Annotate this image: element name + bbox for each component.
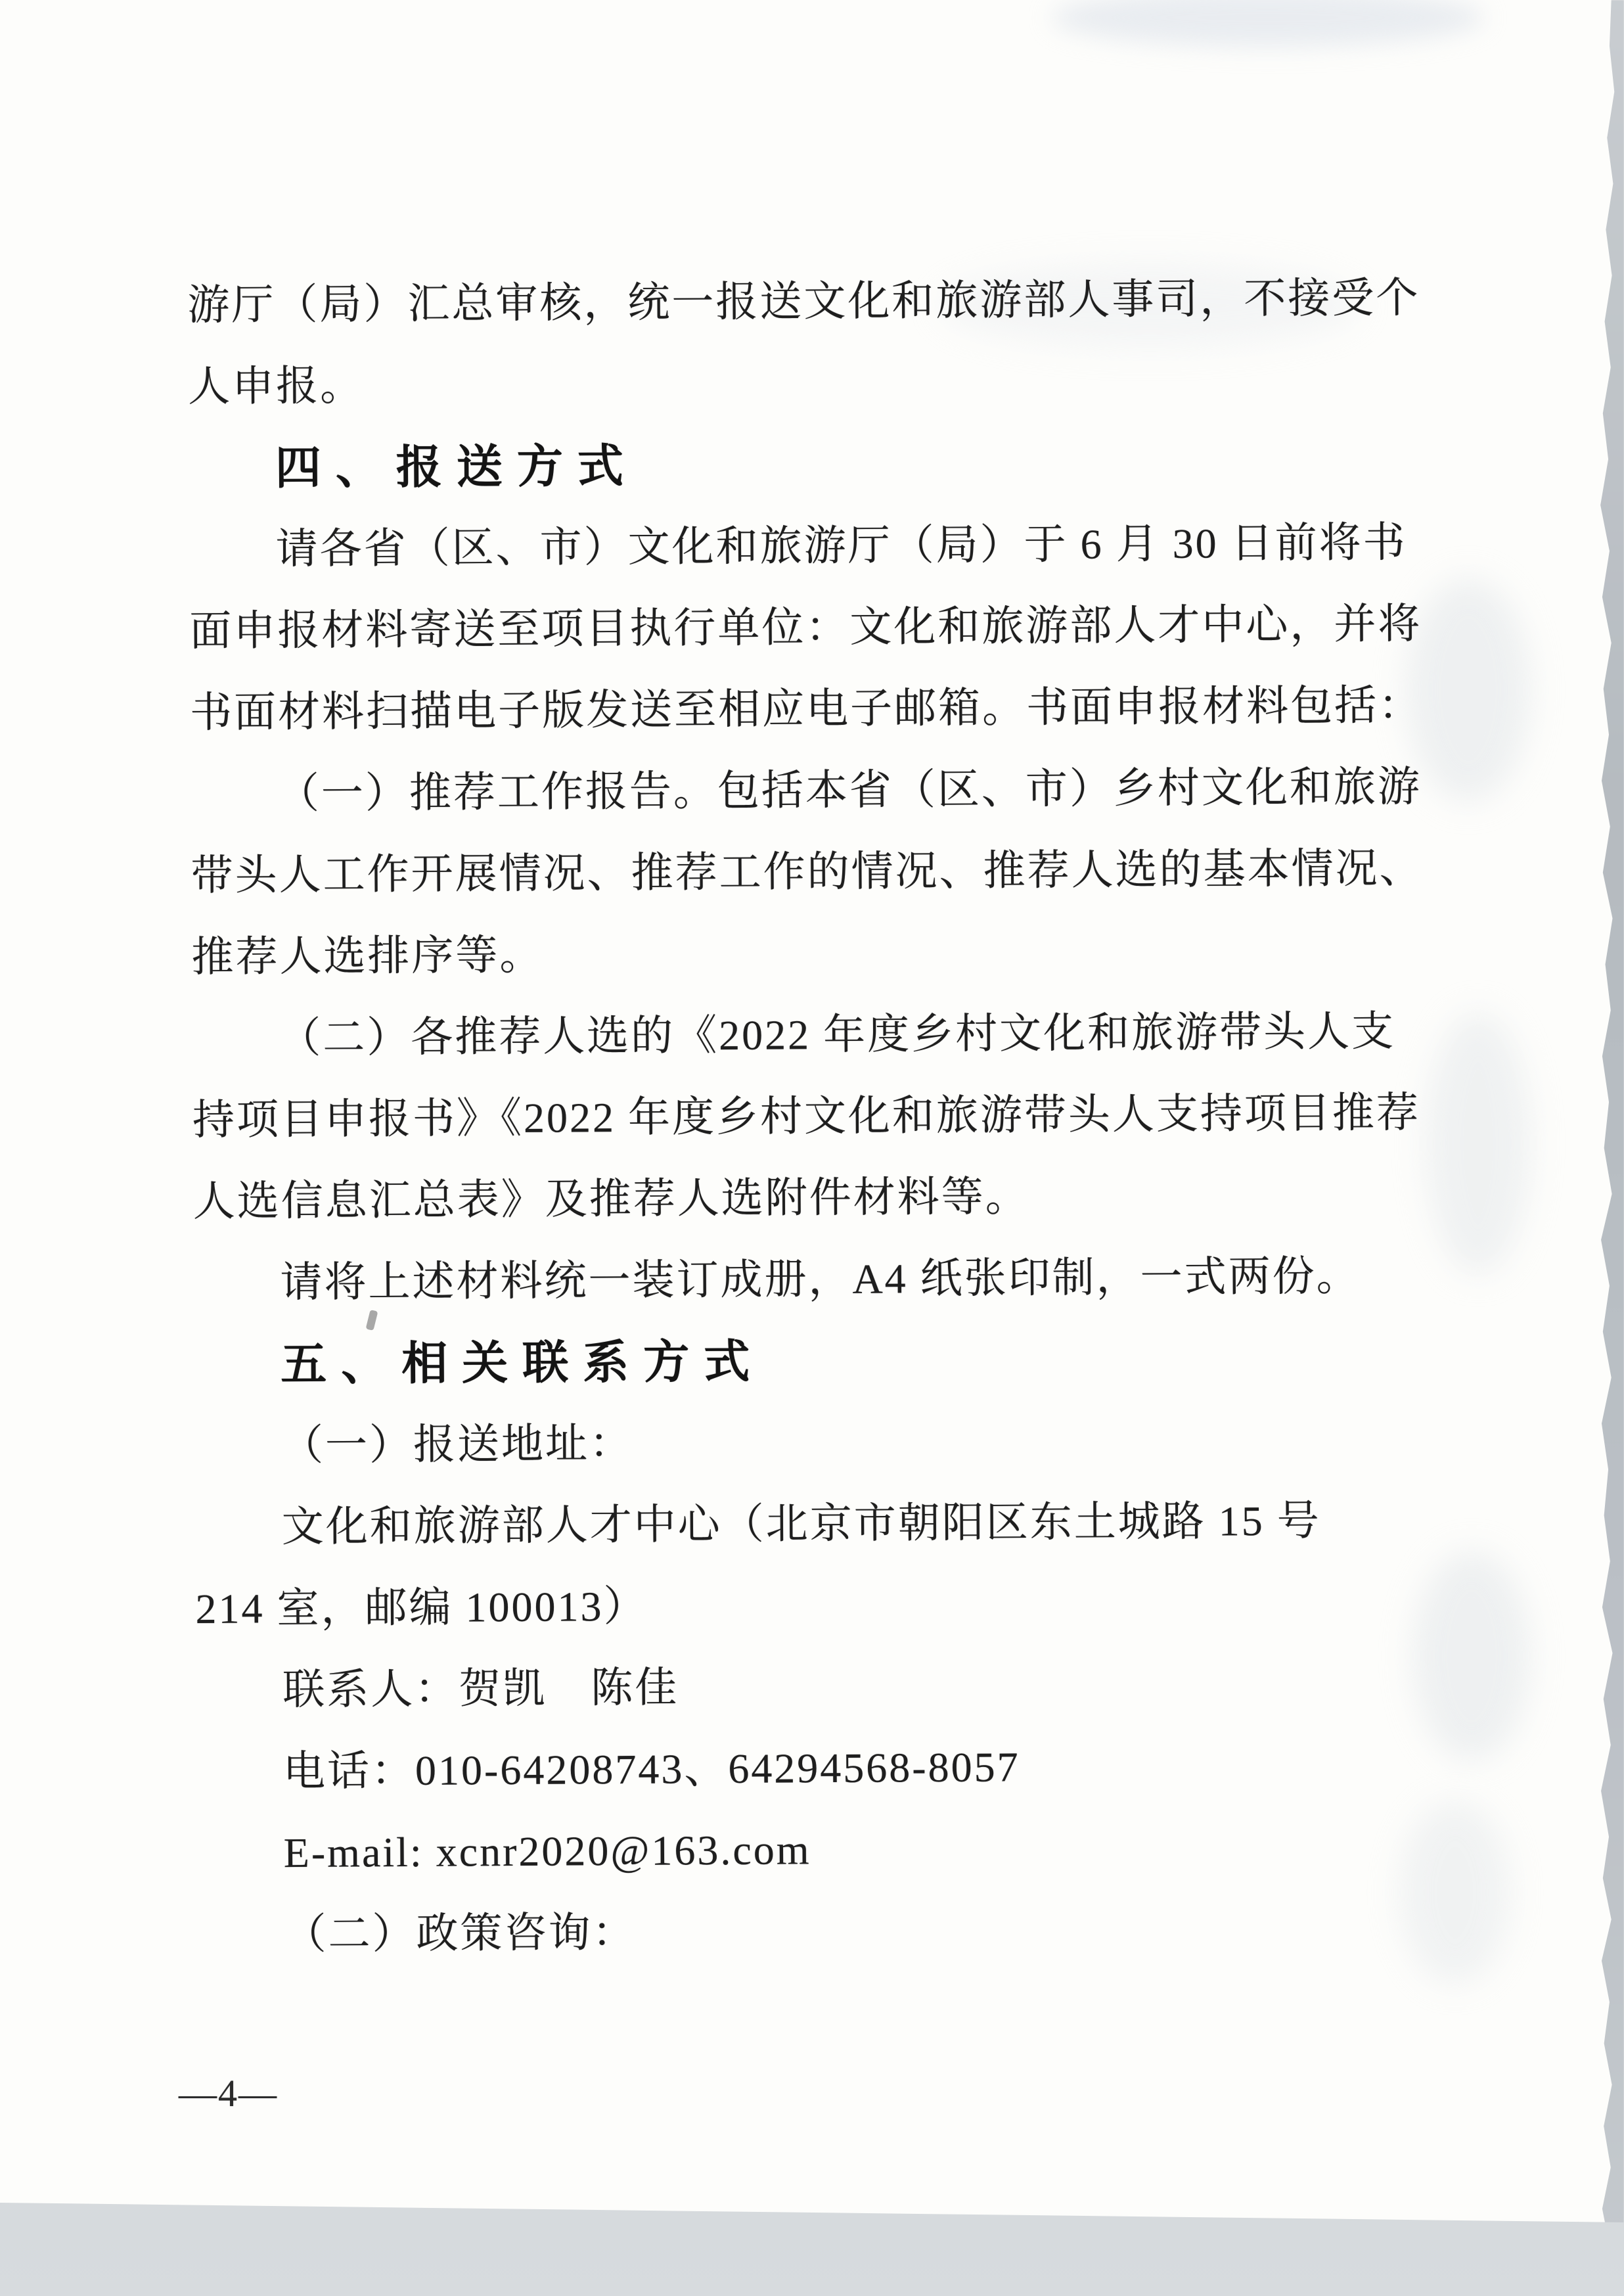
text-line: 人选信息汇总表》及推荐人选附件材料等。 [192,1153,1481,1243]
text-line: 人申报。 [188,338,1476,428]
text-line: 请将上述材料统一装订成册，A4 纸张印制，一式两份。 [193,1235,1481,1324]
text-line: 持项目申报书》《2022 年度乡村文化和旅游带头人支持项目推荐 [192,1072,1481,1161]
contact-person-line: 联系人：贺凯 陈佳 [196,1642,1484,1732]
text-line: 书面材料扫描电子版发送至相应电子邮箱。书面申报材料包括： [190,664,1478,754]
document-body: 游厅（局）汇总审核，统一报送文化和旅游部人事司，不接受个 人申报。 四、报送方式… [187,257,1485,1976]
text-line: （二）各推荐人选的《2022 年度乡村文化和旅游带头人支 [192,990,1480,1080]
text-line: （一）推荐工作报告。包括本省（区、市）乡村文化和旅游 [191,746,1479,835]
scanned-document-page: 游厅（局）汇总审核，统一报送文化和旅游部人事司，不接受个 人申报。 四、报送方式… [0,0,1624,2296]
text-line: 文化和旅游部人才中心（北京市朝阳区东土城路 15 号 [194,1479,1483,1569]
section-heading-5: 五、相关联系方式 [194,1316,1482,1406]
text-line: 214 室，邮编 100013） [195,1561,1483,1650]
text-line: 游厅（局）汇总审核，统一报送文化和旅游部人事司，不接受个 [187,257,1476,346]
text-line: （一）报送地址： [194,1398,1483,1487]
email-line: E-mail: xcnr2020@163.com [196,1805,1485,1894]
text-line: 面申报材料寄送至项目执行单位：文化和旅游部人才中心，并将 [189,583,1477,672]
torn-paper-edge-right [1594,0,1624,2296]
text-line: （二）政策咨询： [197,1887,1485,1976]
section-heading-4: 四、报送方式 [189,420,1477,509]
text-line: 带头人工作开展情况、推荐工作的情况、推荐人选的基本情况、 [191,827,1479,917]
phone-line: 电话：010-64208743、64294568-8057 [196,1724,1485,1813]
scan-smudge-top [1051,0,1485,47]
text-line: 推荐人选排序等。 [191,909,1479,998]
page-number: —4— [179,2071,278,2115]
text-line: 请各省（区、市）文化和旅游厅（局）于 6 月 30 日前将书 [189,501,1477,591]
